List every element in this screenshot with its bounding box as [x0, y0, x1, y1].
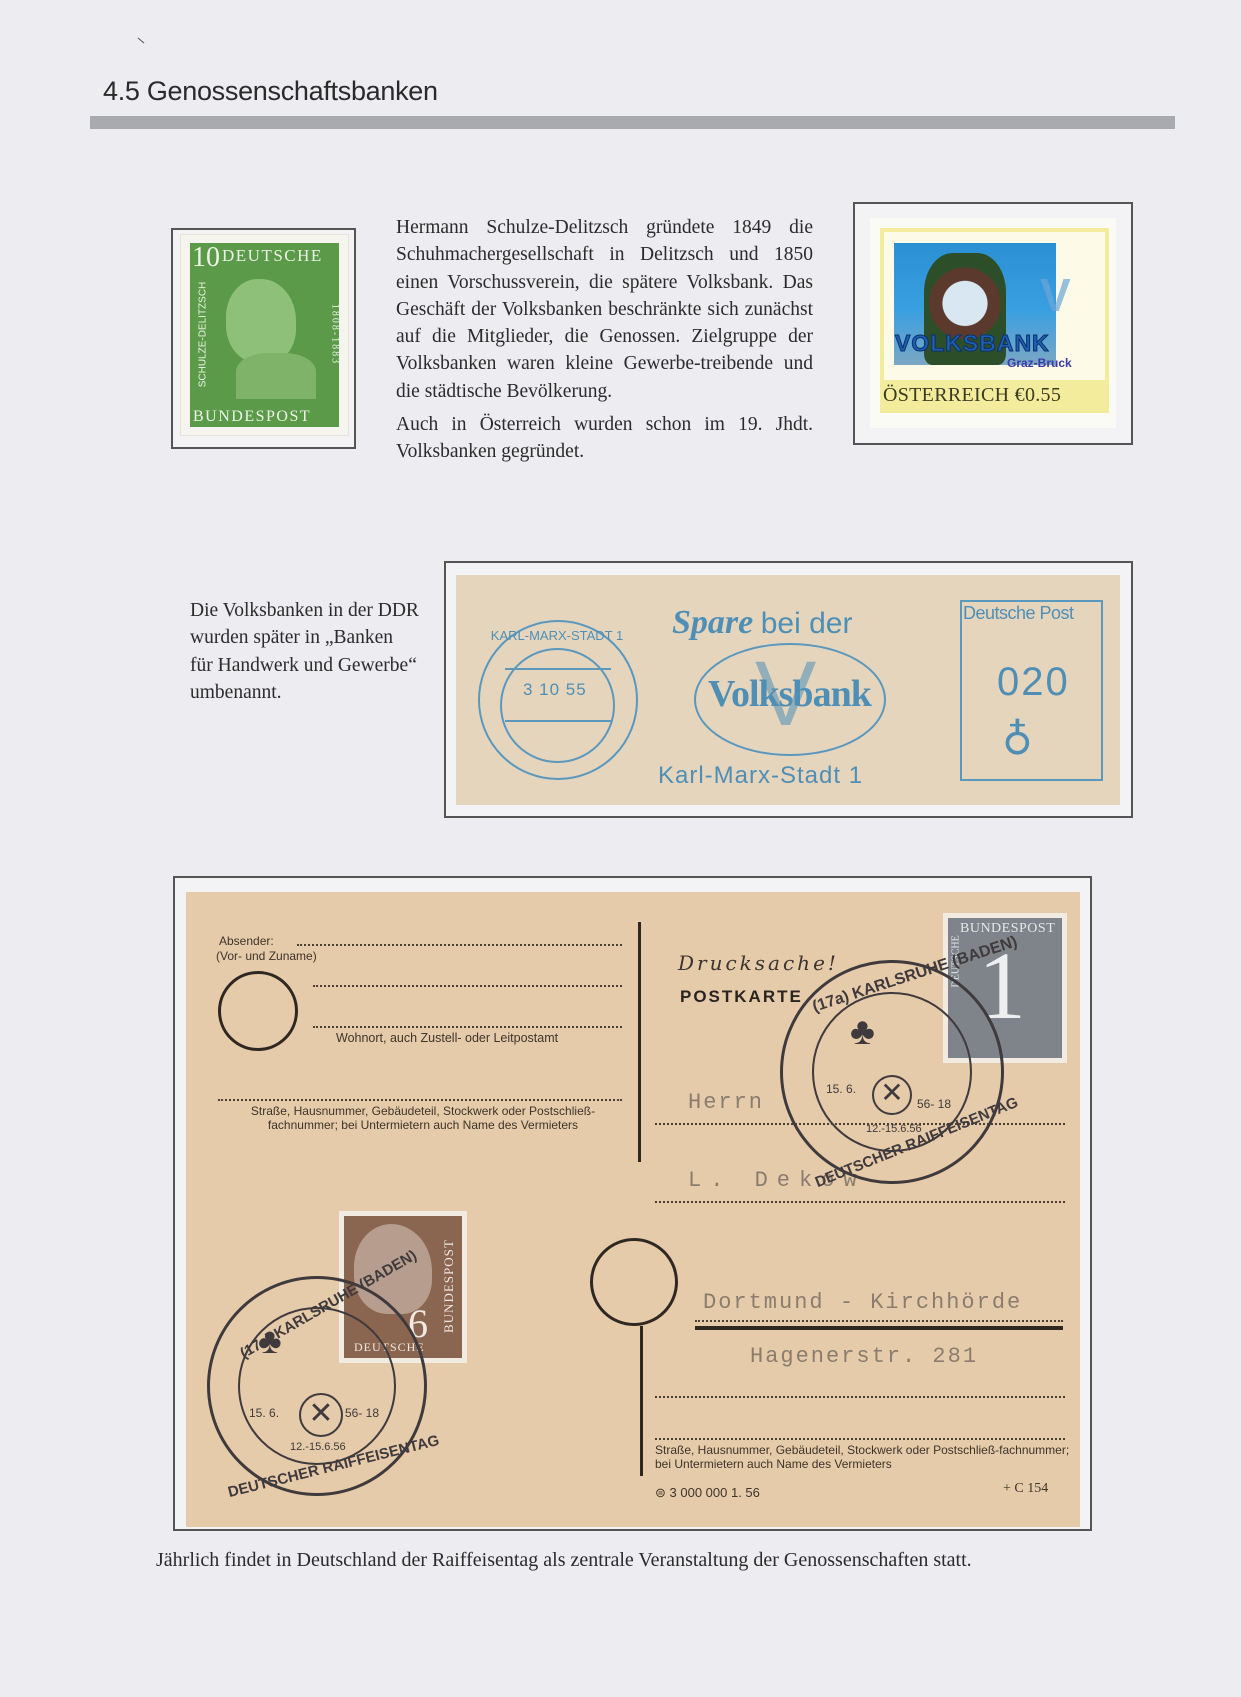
residence-label: Wohnort, auch Zustell- oder Leitpostamt [336, 1031, 558, 1045]
volksbank-logo-icon: V [1040, 268, 1100, 318]
hole-punch-circle [218, 971, 298, 1051]
intro-text: Hermann Schulze-Delitzsch gründete 1849 … [396, 214, 813, 472]
stamp-value: 10 [192, 242, 220, 274]
recipient-city: Dortmund - Kirchhörde [703, 1290, 1022, 1315]
slogan-rest: bei der [761, 607, 853, 640]
print-run: 3 000 000 1. 56 [670, 1485, 760, 1500]
slogan-script: Spare [672, 604, 753, 641]
dotted-line [655, 1201, 1065, 1203]
card-divider [640, 1326, 643, 1476]
footer-caption: Jährlich findet in Deutschland der Raiff… [156, 1549, 972, 1572]
franking-value: 020 [997, 660, 1070, 705]
intro-paragraph-1: Hermann Schulze-Delitzsch gründete 1849 … [396, 214, 813, 405]
portrait-icon [226, 279, 296, 363]
card-divider [638, 922, 641, 1162]
volksbank-brand: VOLKSBANK [895, 330, 1050, 357]
franking-title: Deutsche Post [963, 603, 1074, 624]
stamp-country-value: ÖSTERREICH €0.55 [883, 384, 1061, 407]
print-note: ⊜ 3 000 000 1. 56 [655, 1485, 760, 1501]
postmark-bar [505, 720, 611, 722]
dotted-line [695, 1320, 1063, 1322]
intro-paragraph-2: Auch in Österreich wurden schon im 19. J… [396, 411, 813, 466]
dotted-line [655, 1396, 1065, 1398]
recipient-street: Hagenerstr. 281 [750, 1344, 978, 1369]
postmark-bar [505, 668, 611, 670]
postmark-date: 3 10 55 [523, 680, 587, 700]
stamp-left-text: SCHULZE-DELITZSCH [198, 280, 209, 390]
underline-bar [695, 1326, 1063, 1330]
street-label-left: Straße, Hausnummer, Gebäudeteil, Stockwe… [218, 1104, 628, 1132]
cancel-event-dates: 12.-15.6.56 [290, 1441, 346, 1453]
card-type-label: POSTKARTE [680, 987, 803, 1007]
volksbank-branch: Graz-Bruck [1007, 356, 1072, 370]
hole-punch-circle [590, 1238, 678, 1326]
posthorn-icon: ♁ [1002, 720, 1033, 762]
sender-label: Absender: [219, 934, 274, 948]
cancel-date-right: 56- 18 [345, 1406, 379, 1420]
dotted-line [313, 1026, 622, 1028]
stamp-side-text: BUNDESPOST [441, 1223, 457, 1333]
crossed-tools-icon: ✕ [872, 1075, 912, 1115]
tree-icon: ♣ [258, 1320, 282, 1362]
crossed-tools-icon: ✕ [299, 1393, 343, 1437]
cancel-date-left: 15. 6. [249, 1406, 279, 1420]
portrait-shoulders [236, 353, 316, 399]
scan-speck [138, 38, 145, 44]
form-code: + C 154 [1003, 1481, 1048, 1497]
slogan: Spare bei der [672, 604, 852, 642]
dotted-line [297, 944, 622, 946]
ddr-note: Die Volksbanken in der DDR wurden später… [190, 597, 420, 706]
postmark-city: KARL-MARX-STADT 1 [482, 628, 632, 643]
meter-city: Karl-Marx-Stadt 1 [658, 762, 863, 790]
title-underline-bar [90, 116, 1175, 129]
cancel-event-dates: 12.-15.6.56 [866, 1123, 922, 1135]
printer-mark-icon: ⊜ [655, 1485, 666, 1500]
recipient-salutation: Herrn [688, 1090, 764, 1115]
cancel-date-right: 56- 18 [917, 1097, 951, 1111]
street-label-right: Straße, Hausnummer, Gebäudeteil, Stockwe… [655, 1443, 1070, 1471]
handwritten-note: Drucksache! [678, 951, 839, 975]
volksbank-wordmark: Volksbank [708, 672, 871, 716]
dotted-line [313, 985, 622, 987]
page-title: 4.5 Genossenschaftsbanken [103, 76, 438, 107]
stamp-schulze-delitzsch: 10 DEUTSCHE SCHULZE-DELITZSCH 1808-1883 … [190, 243, 339, 427]
sender-sublabel: (Vor- und Zuname) [216, 949, 317, 963]
stamp-right-text: 1808-1883 [330, 280, 341, 390]
cancel-date-left: 15. 6. [826, 1082, 856, 1096]
postmark-inner-ring [500, 648, 615, 763]
stamp-bottom-text: BUNDESPOST [193, 408, 311, 426]
dotted-line [655, 1438, 1065, 1440]
stamp-top-text: DEUTSCHE [222, 246, 323, 266]
dotted-line [218, 1099, 622, 1101]
tree-icon: ♣ [850, 1010, 875, 1054]
